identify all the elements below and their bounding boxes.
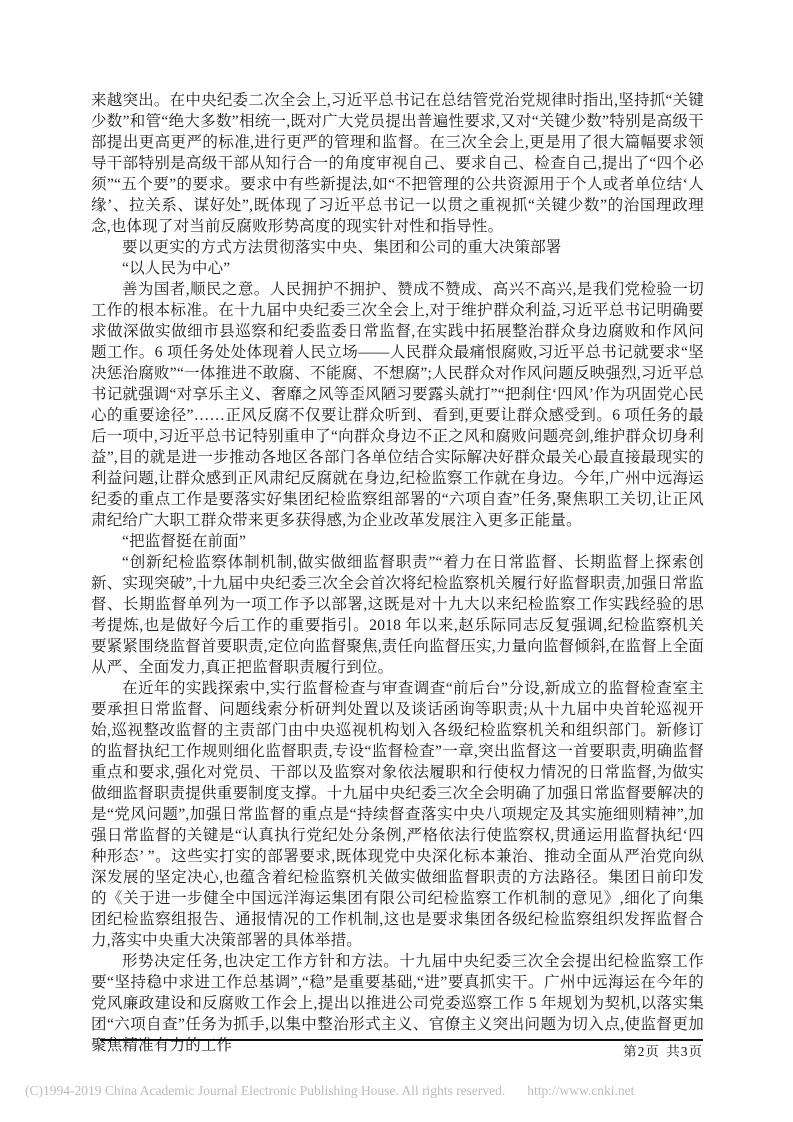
paragraph: “把监督挺在前面” — [91, 531, 704, 552]
page-number-label: 第2页 共3页 — [623, 1044, 703, 1060]
paragraph: 在近年的实践探索中,实行监督检查与审查调查“前后台”分设,新成立的监督检查室主要… — [91, 678, 704, 951]
footer-divider-rule — [100, 1039, 703, 1041]
copyright-footer: (C)1994-2019 China Academic Journal Elec… — [25, 1083, 765, 1099]
article-body: 来越突出。在中央纪委二次全会上,习近平总书记在总结管党治党规律时指出,坚持抓“关… — [91, 90, 704, 1056]
cnki-url-text: http://www.cnki.net — [527, 1083, 634, 1098]
paragraph: “以人民为中心” — [91, 258, 704, 279]
paragraph: “创新纪检监察体制机制,做实做细监督职责”“着力在日常监督、长期监督上探索创新、… — [91, 552, 704, 678]
paragraph: 来越突出。在中央纪委二次全会上,习近平总书记在总结管党治党规律时指出,坚持抓“关… — [91, 90, 704, 237]
copyright-text: (C)1994-2019 China Academic Journal Elec… — [25, 1083, 505, 1098]
document-page: 来越突出。在中央纪委二次全会上,习近平总书记在总结管党治党规律时指出,坚持抓“关… — [0, 0, 793, 1122]
paragraph: 要以更实的方式方法贯彻落实中央、集团和公司的重大决策部署 — [91, 237, 704, 258]
paragraph: 善为国者,顺民之意。人民拥护不拥护、赞成不赞成、高兴不高兴,是我们党检验一切工作… — [91, 279, 704, 531]
